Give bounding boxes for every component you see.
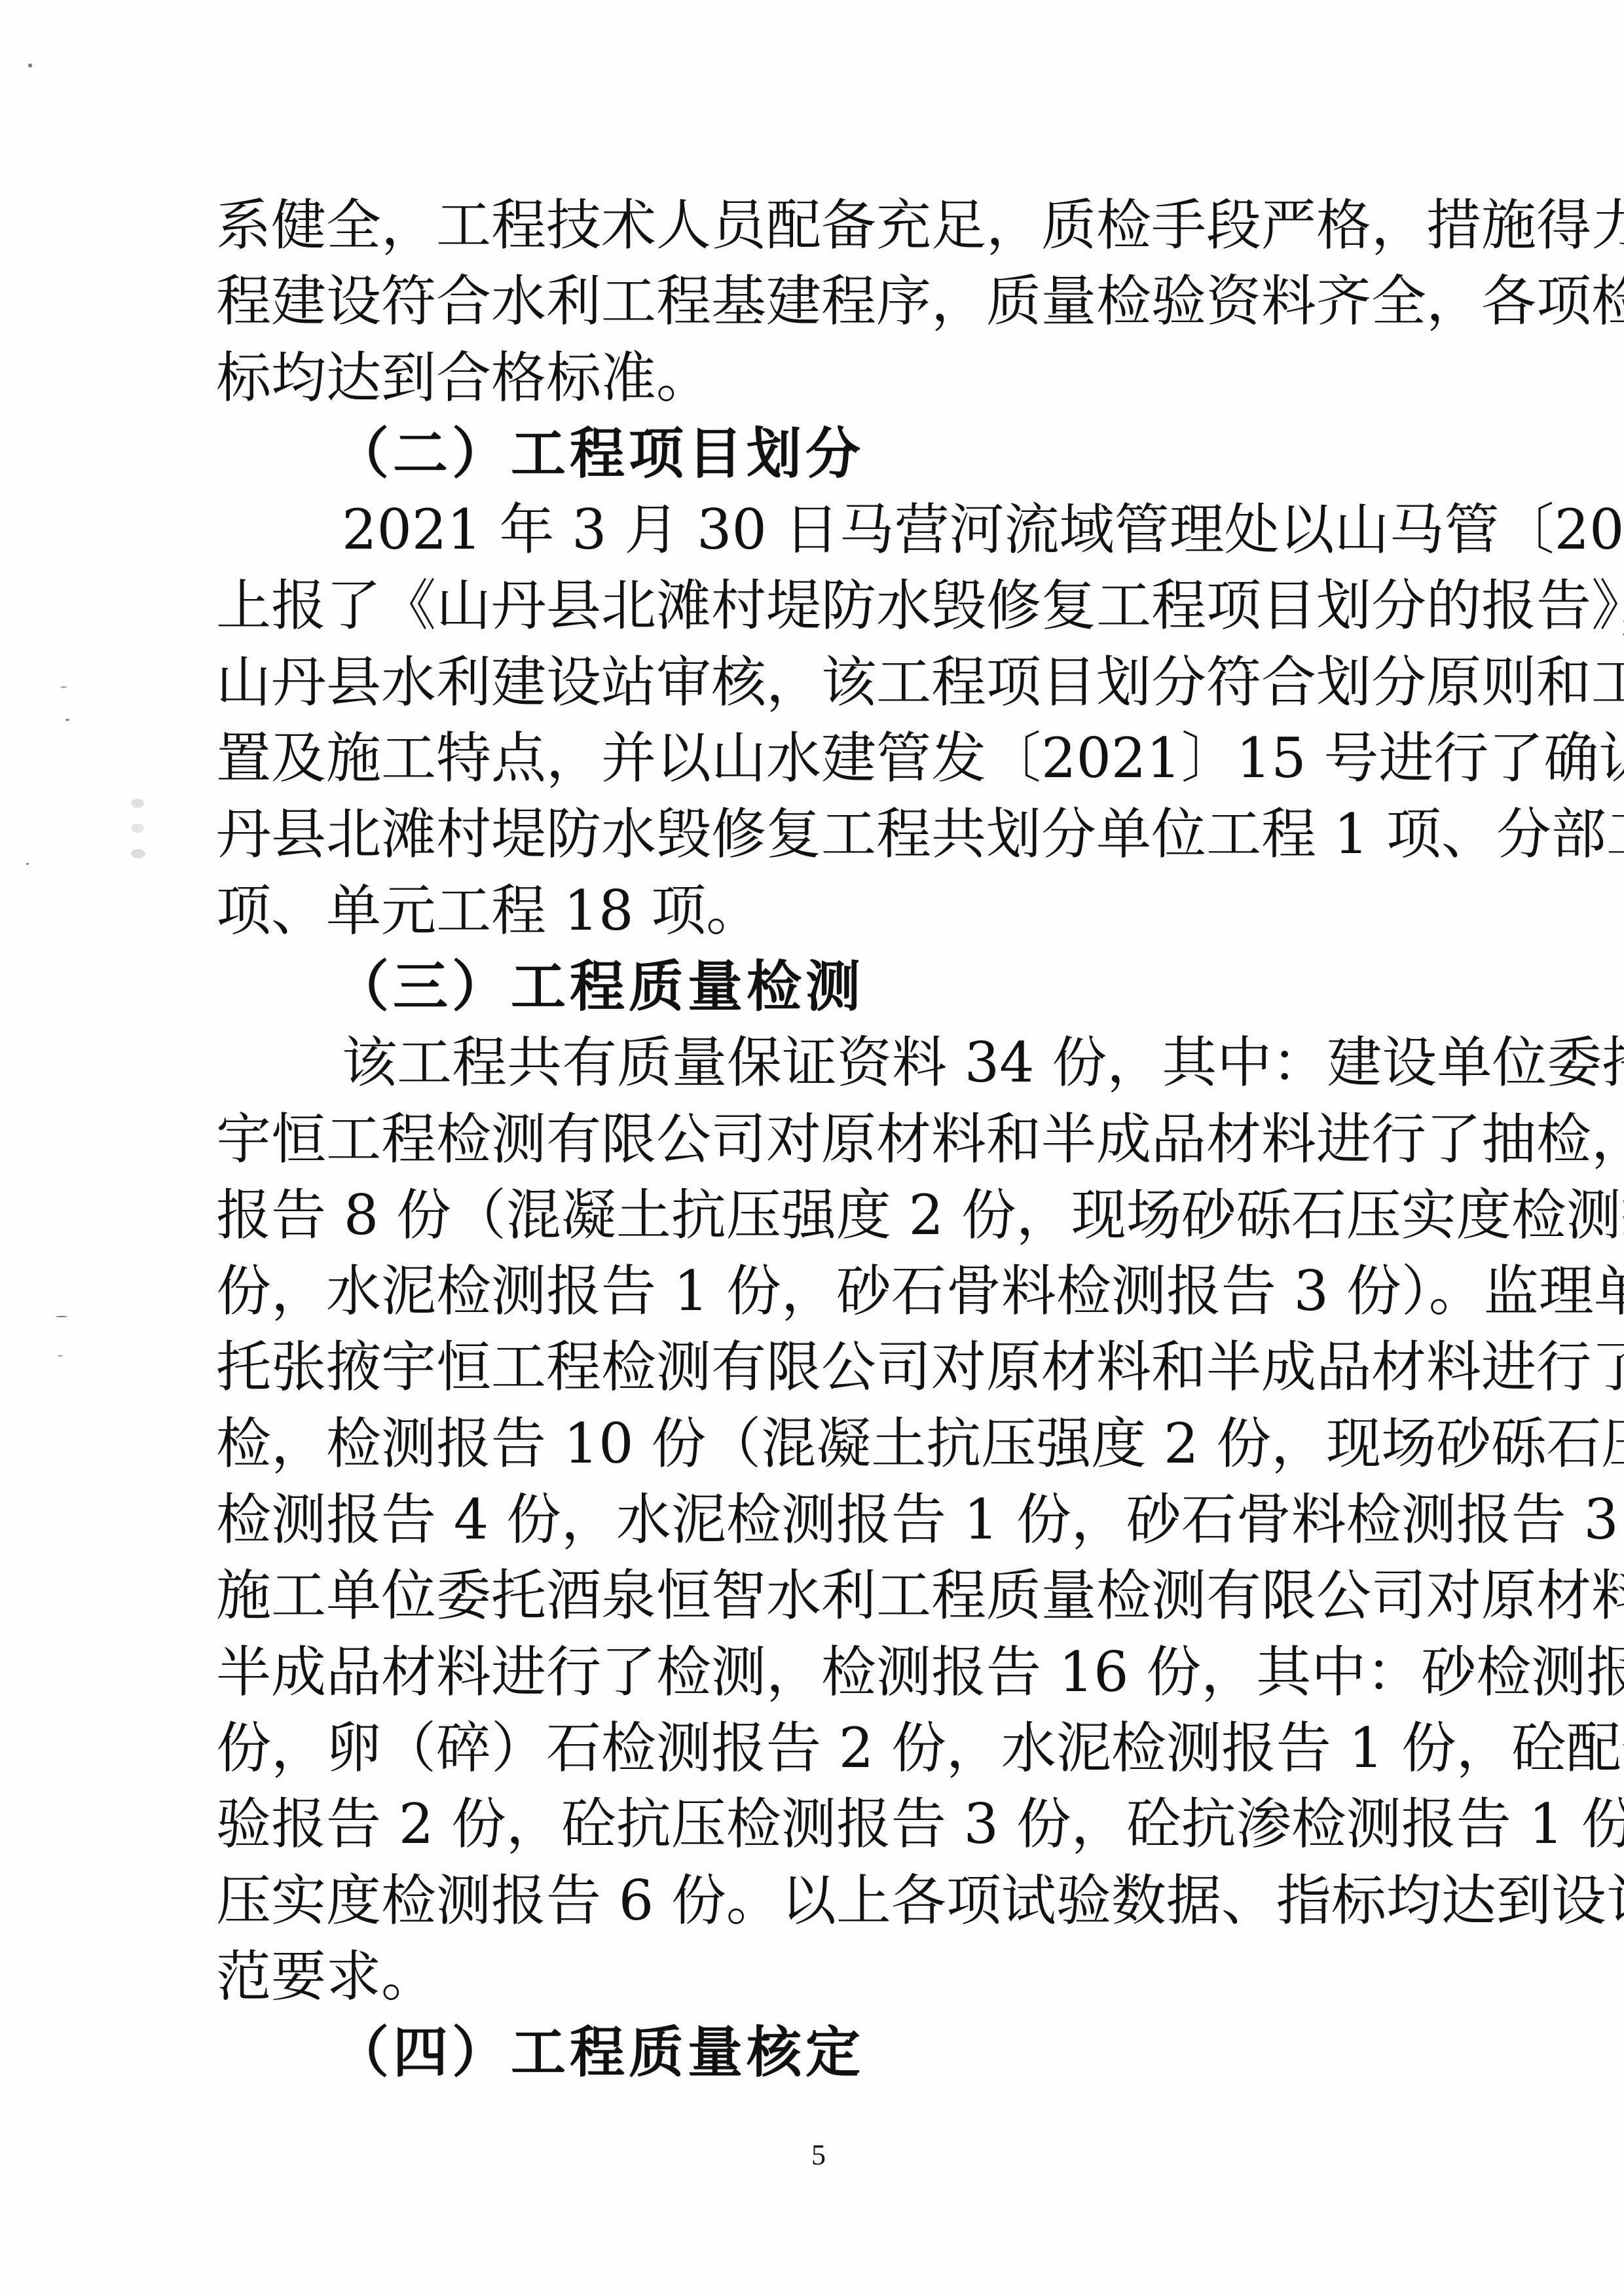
document-body: 系健全，工程技术人员配备充足，质检手段严格，措施得力，工 程建设符合水利工程基建… (216, 187, 1409, 2090)
body-line: 系健全，工程技术人员配备充足，质检手段严格，措施得力，工 (216, 187, 1409, 263)
scan-speck (131, 824, 144, 833)
scan-speck (26, 863, 29, 865)
body-line: 丹县北滩村堤防水毁修复工程共划分单位工程 1 项、分部工程 3 (216, 796, 1409, 872)
section-heading: （四）工程质量核定 (216, 2014, 1409, 2090)
page-number: 5 (799, 2136, 838, 2175)
section-heading: （二）工程项目划分 (216, 416, 1409, 492)
body-line: 检测报告 4 份，水泥检测报告 1 份，砂石骨料检测报告 3 份）。 (216, 1482, 1409, 1558)
section-heading: （三）工程质量检测 (216, 949, 1409, 1025)
body-line: 宇恒工程检测有限公司对原材料和半成品材料进行了抽检，检测 (216, 1101, 1409, 1177)
body-line: 份，水泥检测报告 1 份，砂石骨料检测报告 3 份）。监理单位委 (216, 1253, 1409, 1329)
body-line: 该工程共有质量保证资料 34 份，其中：建设单位委托张掖 (216, 1025, 1409, 1101)
body-line: 验报告 2 份，砼抗压检测报告 3 份，砼抗渗检测报告 1 份，土料 (216, 1786, 1409, 1862)
body-line: 上报了《山丹县北滩村堤防水毁修复工程项目划分的报告》，经 (216, 568, 1409, 644)
scan-speck (131, 849, 145, 858)
scan-speck (65, 719, 69, 721)
scan-speck (56, 1316, 67, 1317)
body-line: 置及施工特点，并以山水建管发〔2021〕15 号进行了确认，山 (216, 720, 1409, 796)
scan-speck (28, 64, 32, 67)
body-line: 托张掖宇恒工程检测有限公司对原材料和半成品材料进行了抽 (216, 1329, 1409, 1405)
scan-speck (58, 1355, 63, 1357)
body-line: 2021 年 3 月 30 日马营河流域管理处以山马管〔2021〕54 号 (216, 492, 1409, 568)
body-line: 份，卵（碎）石检测报告 2 份，水泥检测报告 1 份，砼配合比实 (216, 1710, 1409, 1786)
body-line: 项、单元工程 18 项。 (216, 873, 1409, 949)
body-line: 标均达到合格标准。 (216, 340, 1409, 416)
body-line: 压实度检测报告 6 份。以上各项试验数据、指标均达到设计和规 (216, 1863, 1409, 1939)
body-line: 报告 8 份（混凝土抗压强度 2 份，现场砂砾石压实度检测报告 2 (216, 1177, 1409, 1253)
body-line: 施工单位委托酒泉恒智水利工程质量检测有限公司对原材料和 (216, 1558, 1409, 1633)
body-line: 山丹县水利建设站审核，该工程项目划分符合划分原则和工程布 (216, 644, 1409, 720)
scan-speck (131, 799, 144, 808)
body-line: 半成品材料进行了检测，检测报告 16 份，其中：砂检测报告 1 (216, 1634, 1409, 1710)
body-line: 范要求。 (216, 1939, 1409, 2014)
scan-speck (60, 686, 67, 688)
body-line: 程建设符合水利工程基建程序，质量检验资料齐全，各项检验指 (216, 263, 1409, 339)
body-line: 检，检测报告 10 份（混凝土抗压强度 2 份，现场砂砾石压实度 (216, 1406, 1409, 1482)
document-page: 系健全，工程技术人员配备充足，质检手段严格，措施得力，工 程建设符合水利工程基建… (0, 0, 1624, 2296)
